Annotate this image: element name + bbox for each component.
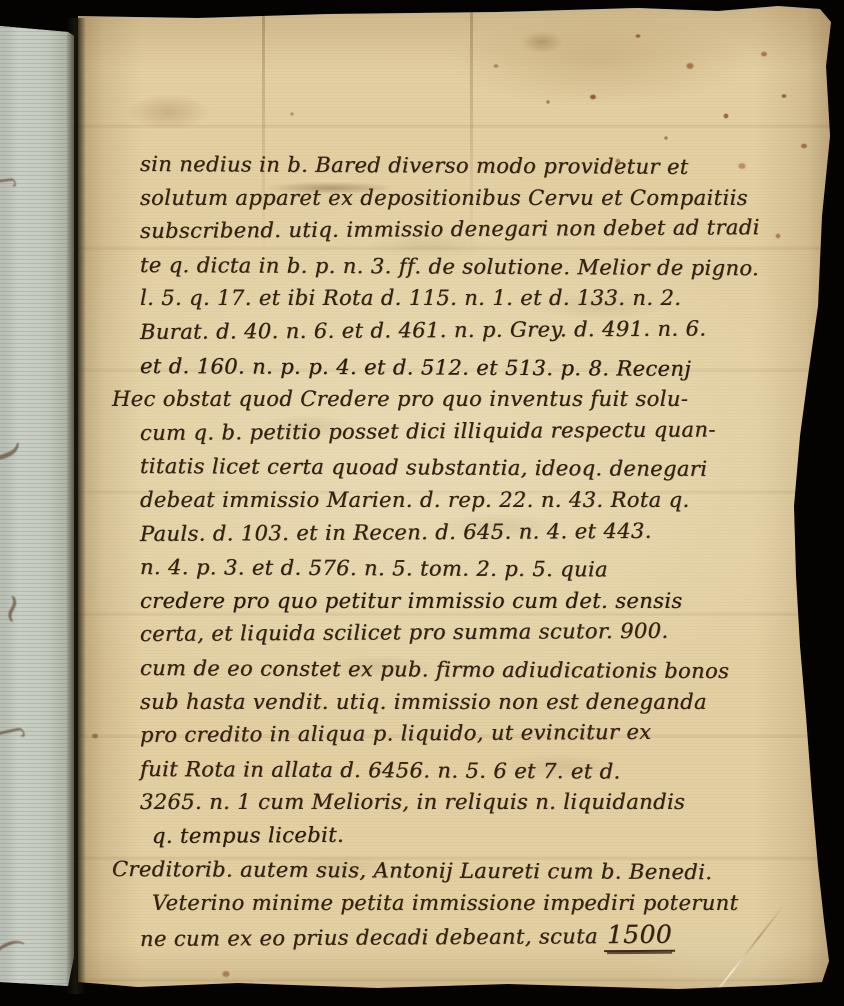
ink-bleed-mark: (: [0, 929, 29, 963]
manuscript-line: n. 4. p. 3. et d. 576. n. 5. tom. 2. p. …: [140, 551, 812, 588]
previous-leaf-edge: ) ~ ʃ ( ʃ: [0, 26, 74, 992]
manuscript-line: sub hasta vendit. utiq. immissio non est…: [140, 686, 812, 720]
underlined-number: 1500: [604, 919, 675, 951]
manuscript-line: subscribend. utiq. immissio denegari non…: [140, 211, 812, 249]
manuscript-line: 3265. n. 1 cum Melioris, in reliquis n. …: [140, 786, 812, 820]
ink-bleed-mark: ): [0, 432, 31, 473]
manuscript-line: te q. dicta in b. p. n. 3. ff. de soluti…: [140, 249, 812, 286]
ink-bleed-mark: ʃ: [0, 175, 19, 187]
manuscript-line: cum q. b. petitio posset dici illiquida …: [140, 413, 812, 451]
manuscript-page: sin nedius in b. Bared diverso modo prov…: [78, 6, 834, 990]
manuscript-line: solutum apparet ex depositionibus Cervu …: [140, 182, 812, 216]
manuscript-line: Veterino minime petita immissione impedi…: [152, 887, 812, 921]
ink-bleed-mark: ~: [0, 589, 38, 630]
manuscript-line: debeat immissio Marien. d. rep. 22. n. 4…: [140, 484, 812, 518]
manuscript-line: sin nedius in b. Bared diverso modo prov…: [140, 148, 812, 185]
handwritten-text-block: sin nedius in b. Bared diverso modo prov…: [112, 148, 812, 956]
binding-gutter-shadow: [66, 18, 86, 994]
manuscript-line: fuit Rota in allata d. 6456. n. 5. 6 et …: [140, 753, 812, 790]
manuscript-line: Burat. d. 40. n. 6. et d. 461. n. p. Gre…: [140, 312, 812, 350]
manuscript-line: Creditorib. autem suis, Antonij Laureti …: [112, 853, 812, 890]
manuscript-line: ne cum ex eo prius decadi debeant, scuta…: [140, 917, 812, 957]
manuscript-line: Hec obstat quod Credere pro quo inventus…: [112, 383, 812, 417]
manuscript-line: et d. 160. n. p. p. 4. et d. 512. et 513…: [140, 350, 812, 387]
ink-bleed-mark: ʃ: [0, 723, 28, 740]
manuscript-scan: ) ~ ʃ ( ʃ sin nedius in b. Bared diverso…: [0, 0, 844, 1006]
manuscript-line: credere pro quo petitur immissio cum det…: [140, 585, 812, 619]
manuscript-line: pro credito in aliqua p. liquido, ut evi…: [140, 715, 812, 753]
manuscript-line: cum de eo constet ex pub. firmo adiudica…: [140, 652, 812, 689]
manuscript-line: certa, et liquida scilicet pro summa scu…: [140, 614, 812, 652]
manuscript-line: l. 5. q. 17. et ibi Rota d. 115. n. 1. e…: [140, 282, 812, 316]
manuscript-line: titatis licet certa quoad substantia, id…: [140, 450, 812, 487]
manuscript-line: Pauls. d. 103. et in Recen. d. 645. n. 4…: [140, 513, 812, 551]
manuscript-line: q. tempus licebit.: [152, 816, 812, 854]
